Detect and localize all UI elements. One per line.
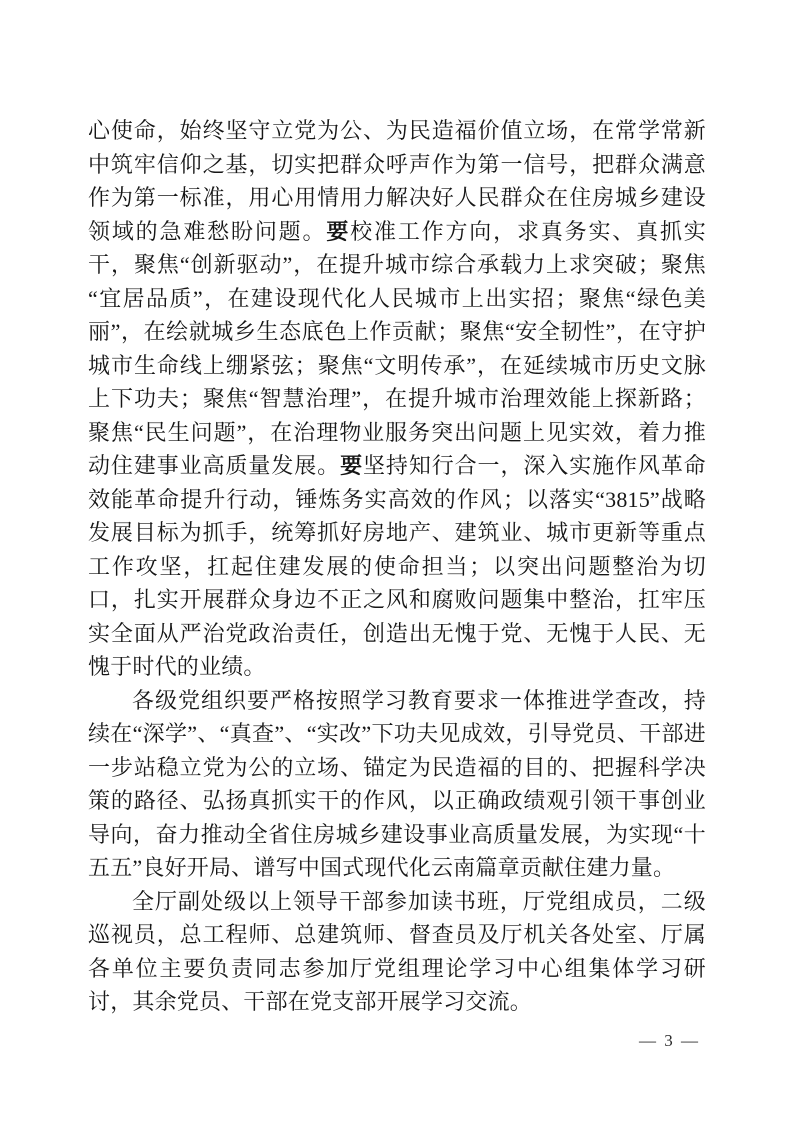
emphasis-text: 要 — [326, 219, 350, 244]
document-page: 心使命，始终坚守立党为公、为民造福价值立场，在常学常新中筑牢信仰之基，切实把群众… — [0, 0, 793, 1122]
text-segment: 各级党组织要严格按照学习教育要求一体推进学查改，持续在“深学”、“真查”、“实改… — [88, 688, 706, 881]
text-segment: 全厅副处级以上领导干部参加读书班，厅党组成员，二级巡视员，总工程师、总建筑师、督… — [88, 889, 706, 1015]
paragraph: 心使命，始终坚守立党为公、为民造福价值立场，在常学常新中筑牢信仰之基，切实把群众… — [88, 114, 706, 684]
text-segment: 校准工作方向，求真务实、真抓实干，聚焦“创新驱动”，在提升城市综合承载力上求突破… — [88, 219, 706, 479]
document-body: 心使命，始终坚守立党为公、为民造福价值立场，在常学常新中筑牢信仰之基，切实把群众… — [88, 114, 706, 1019]
paragraph: 全厅副处级以上领导干部参加读书班，厅党组成员，二级巡视员，总工程师、总建筑师、督… — [88, 885, 706, 1019]
page-number: — 3 — — [639, 1031, 700, 1051]
paragraph: 各级党组织要严格按照学习教育要求一体推进学查改，持续在“深学”、“真查”、“实改… — [88, 684, 706, 885]
emphasis-text: 要 — [340, 453, 363, 478]
text-segment: 坚持知行合一，深入实施作风革命效能革命提升行动，锤炼务实高效的作风；以落实“38… — [88, 453, 706, 679]
